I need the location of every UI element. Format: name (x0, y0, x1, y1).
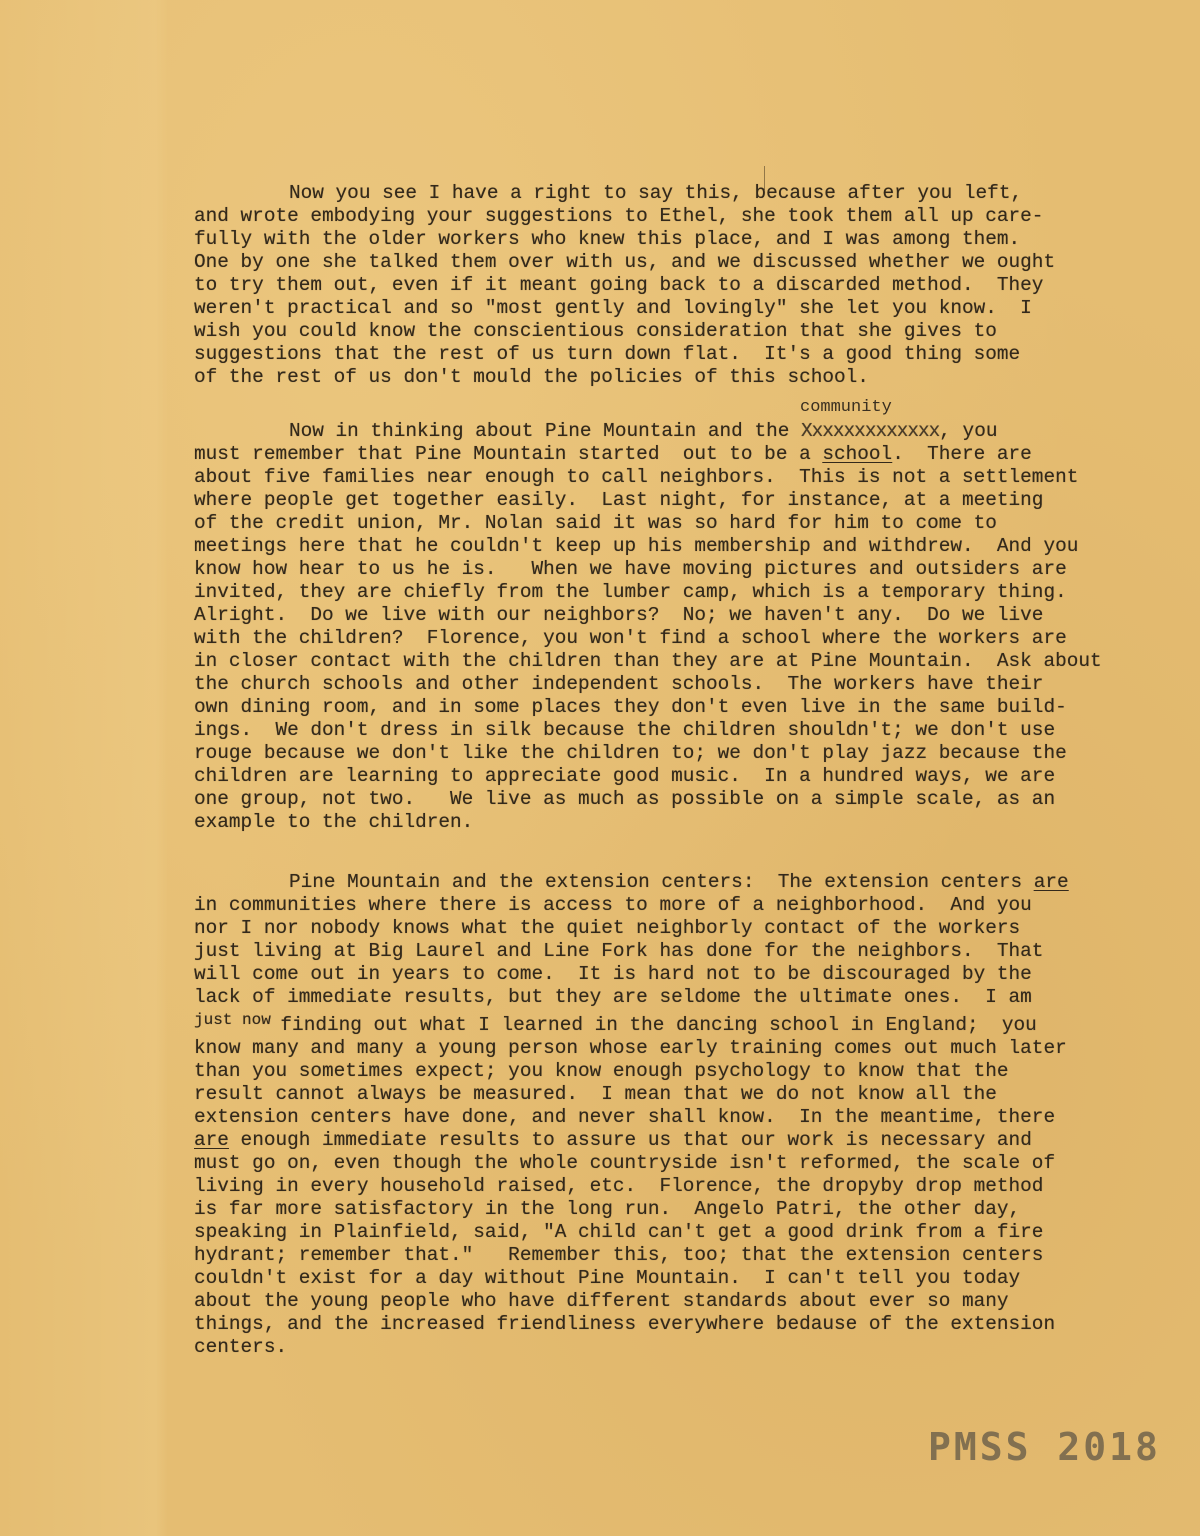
text-line: meetings here that he couldn't keep up h… (194, 535, 1078, 558)
text-line: weren't practical and so "most gently an… (194, 297, 1032, 320)
text-fragment: finding out what I learned in the dancin… (280, 1014, 1036, 1036)
text-line: ings. We don't dress in silk because the… (194, 719, 1055, 742)
text-line: children are learning to appreciate good… (194, 765, 1055, 788)
text-line: rouge because we don't like the children… (194, 742, 1067, 765)
text-line: in closer contact with the children than… (194, 650, 1102, 673)
text-line: the church schools and other independent… (194, 673, 1043, 696)
text-line: with the children? Florence, you won't f… (194, 627, 1067, 650)
text-line: nor I nor nobody knows what the quiet ne… (194, 917, 1020, 940)
text-line: One by one she talked them over with us,… (194, 251, 1055, 274)
underlined-word: are (1034, 871, 1069, 893)
text-line: Pine Mountain and the extension centers:… (289, 871, 1069, 894)
text-line: hydrant; remember that." Remember this, … (194, 1244, 1043, 1267)
text-line: of the credit union, Mr. Nolan said it w… (194, 512, 997, 535)
text-line: will come out in years to come. It is ha… (194, 963, 1032, 986)
text-line: about five families near enough to call … (194, 466, 1078, 489)
text-line: is far more satisfactory in the long run… (194, 1198, 1020, 1221)
text-line: must remember that Pine Mountain started… (194, 443, 1032, 466)
text-line: and wrote embodying your suggestions to … (194, 205, 1043, 228)
text-line: are enough immediate results to assure u… (194, 1129, 1032, 1152)
text-line: must go on, even though the whole countr… (194, 1152, 1055, 1175)
text-line: centers. (194, 1336, 287, 1359)
text-line: than you sometimes expect; you know enou… (194, 1060, 1009, 1083)
text-line: wish you could know the conscientious co… (194, 320, 997, 343)
text-fragment: Pine Mountain and the extension centers:… (289, 871, 1034, 893)
text-line: invited, they are chiefly from the lumbe… (194, 581, 1067, 604)
text-line: lack of immediate results, but they are … (194, 986, 1032, 1009)
text-line: Alright. Do we live with our neighbors? … (194, 604, 1043, 627)
text-line: couldn't exist for a day without Pine Mo… (194, 1267, 1020, 1290)
text-line: to try them out, even if it meant going … (194, 274, 1043, 297)
text-line: own dining room, and in some places they… (194, 696, 1067, 719)
text-line: fully with the older workers who knew th… (194, 228, 1020, 251)
text-line: know many and many a young person whose … (194, 1037, 1067, 1060)
typed-letter-page: Now you see I have a right to say this, … (0, 0, 1200, 1536)
interlinear-insertion: just now (194, 1011, 280, 1029)
text-line: know how hear to us he is. When we have … (194, 558, 1067, 581)
text-fragment: Now in thinking about Pine Mountain and … (289, 420, 801, 442)
text-line: Now in thinking about Pine Mountain and … (289, 420, 997, 443)
text-line: extension centers have done, and never s… (194, 1106, 1055, 1129)
archive-stamp: PMSS 2018 (928, 1425, 1161, 1469)
text-fragment: , you (939, 420, 997, 442)
text-line: speaking in Plainfield, said, "A child c… (194, 1221, 1043, 1244)
text-line: result cannot always be measured. I mean… (194, 1083, 997, 1106)
text-line: where people get together easily. Last n… (194, 489, 1043, 512)
text-line: about the young people who have differen… (194, 1290, 1009, 1313)
underlined-word: are (194, 1129, 229, 1151)
text-line: living in every household raised, etc. F… (194, 1175, 1043, 1198)
text-line: example to the children. (194, 811, 473, 834)
text-line: Now you see I have a right to say this, … (289, 182, 1022, 205)
text-line: in communities where there is access to … (194, 894, 1032, 917)
text-line: suggestions that the rest of us turn dow… (194, 343, 1020, 366)
text-fragment: . There are (892, 443, 1032, 465)
underlined-word: school (822, 443, 892, 465)
text-line: things, and the increased friendliness e… (194, 1313, 1055, 1336)
text-line: one group, not two. We live as much as p… (194, 788, 1055, 811)
text-line: of the rest of us don't mould the polici… (194, 366, 869, 389)
text-fragment: must remember that Pine Mountain started… (194, 443, 822, 465)
text-line: just living at Big Laurel and Line Fork … (194, 940, 1043, 963)
text-line: just now finding out what I learned in t… (194, 1014, 1037, 1038)
interlinear-insertion: community (800, 398, 892, 417)
struck-through-text: Xxxxxxxxxxxxx (801, 420, 939, 442)
text-fragment: enough immediate results to assure us th… (229, 1129, 1032, 1151)
